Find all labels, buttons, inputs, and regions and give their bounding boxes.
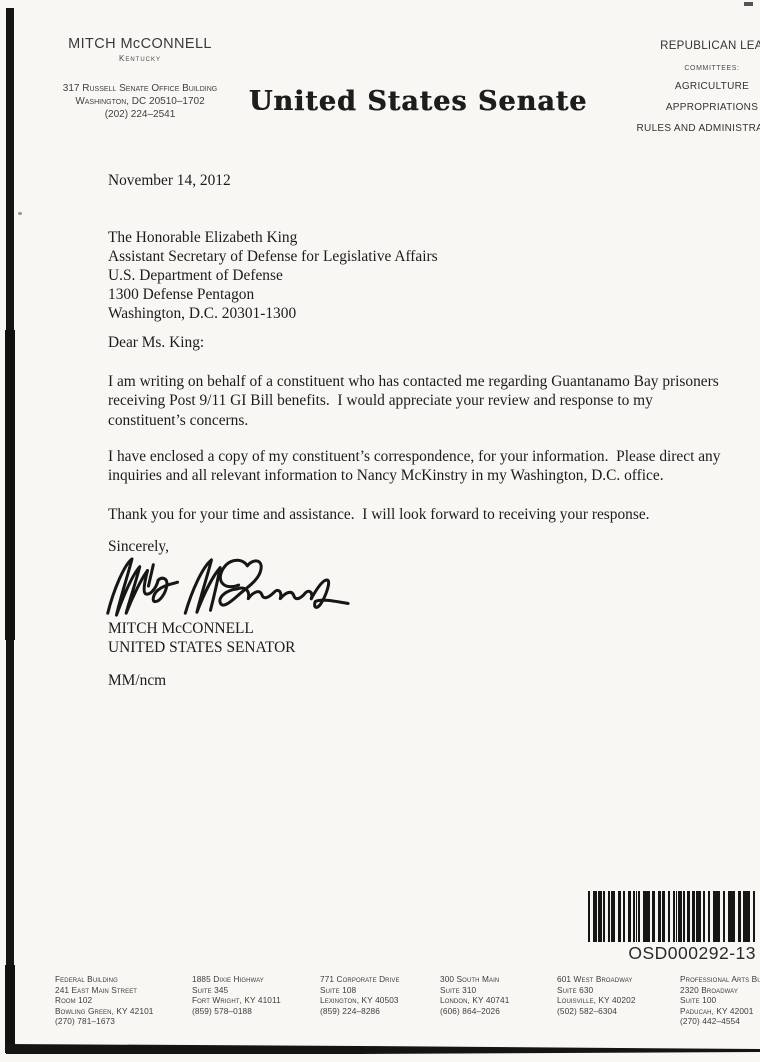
letterhead-committees-block: Republican Leader Committees: Agricultur… [612,40,760,134]
committee-item: Appropriations [612,102,760,113]
paragraph: I am writing on behalf of a constituent … [108,372,726,430]
office-line: 601 West Broadway [557,974,697,985]
paragraph: Thank you for your time and assistance. … [108,505,726,524]
sender-state: Kentucky [28,54,252,63]
salutation: Dear Ms. King: [108,334,204,352]
signer-block: MITCH McCONNELL UNITED STATES SENATOR [108,619,295,657]
sender-address-line: Washington, DC 20510–1702 [18,95,262,108]
office-line: Lexington, KY 40503 [320,995,460,1006]
office-line: (502) 582–6304 [557,1006,697,1017]
office-line: Professional Arts Building [680,974,760,985]
scan-edge-artifact-left-notch [5,330,15,640]
letterhead-sender-block: MITCH McCONNELL Kentucky [28,36,252,63]
committees-label: Committees: [612,65,760,72]
office-fort-wright: 1885 Dixie Highway Suite 345 Fort Wright… [192,974,332,1016]
scan-speck [744,2,753,6]
barcode-block: OSD000292-13 [588,891,756,964]
office-line: Suite 108 [320,985,460,996]
office-line: Federal Building [55,974,195,985]
office-line: 1885 Dixie Highway [192,974,332,985]
sender-name: MITCH McCONNELL [28,36,252,52]
office-line: (859) 578–0188 [192,1006,332,1017]
committee-item: Rules and Administration [612,123,760,134]
office-line: Paducah, KY 42001 [680,1006,760,1017]
office-line: 241 East Main Street [55,985,195,996]
office-line: 771 Corporate Drive [320,974,460,985]
signature-mitch-mcconnell [100,552,352,624]
recipient-line: U.S. Department of Defense [108,266,438,285]
office-bowling-green: Federal Building 241 East Main Street Ro… [55,974,195,1027]
office-line: Louisville, KY 40202 [557,995,697,1006]
office-line: (270) 442–4554 [680,1016,760,1027]
scan-edge-artifact-left-notch [5,965,15,1053]
sender-role: Republican Leader [636,40,760,52]
recipient-address-block: The Honorable Elizabeth King Assistant S… [108,228,438,323]
office-line: (859) 224–8286 [320,1006,460,1017]
scanned-letter-page: MITCH McCONNELL Kentucky 317 Russell Sen… [0,0,760,1062]
barcode [588,891,756,942]
office-line: (270) 781–1673 [55,1016,195,1027]
sender-address-line: 317 Russell Senate Office Building [18,82,262,95]
signer-title: UNITED STATES SENATOR [108,638,295,657]
reference-initials: MM/ncm [108,672,166,690]
office-lexington: 771 Corporate Drive Suite 108 Lexington,… [320,974,460,1016]
barcode-label: OSD000292-13 [588,943,756,964]
office-line: Fort Wright, KY 41011 [192,995,332,1006]
sender-phone: (202) 224–2541 [18,108,262,121]
committee-item: Agriculture [612,81,760,92]
office-line: Bowling Green, KY 42101 [55,1006,195,1017]
office-line: Room 102 [55,995,195,1006]
signer-name: MITCH McCONNELL [108,619,295,638]
office-louisville: 601 West Broadway Suite 630 Louisville, … [557,974,697,1016]
sender-address-block: 317 Russell Senate Office Building Washi… [18,82,262,121]
office-line: Suite 345 [192,985,332,996]
letterhead-title: United States Senate [248,86,588,117]
paragraph: I have enclosed a copy of my constituent… [108,447,726,486]
office-line: 2320 Broadway [680,985,760,996]
recipient-line: Washington, D.C. 20301-1300 [108,304,438,323]
scan-speck [18,212,22,215]
letter-date: November 14, 2012 [108,172,231,190]
recipient-line: 1300 Defense Pentagon [108,285,438,304]
office-line: Suite 630 [557,985,697,996]
office-line: Suite 100 [680,995,760,1006]
recipient-line: The Honorable Elizabeth King [108,228,438,247]
recipient-line: Assistant Secretary of Defense for Legis… [108,247,438,266]
office-paducah: Professional Arts Building 2320 Broadway… [680,974,760,1027]
